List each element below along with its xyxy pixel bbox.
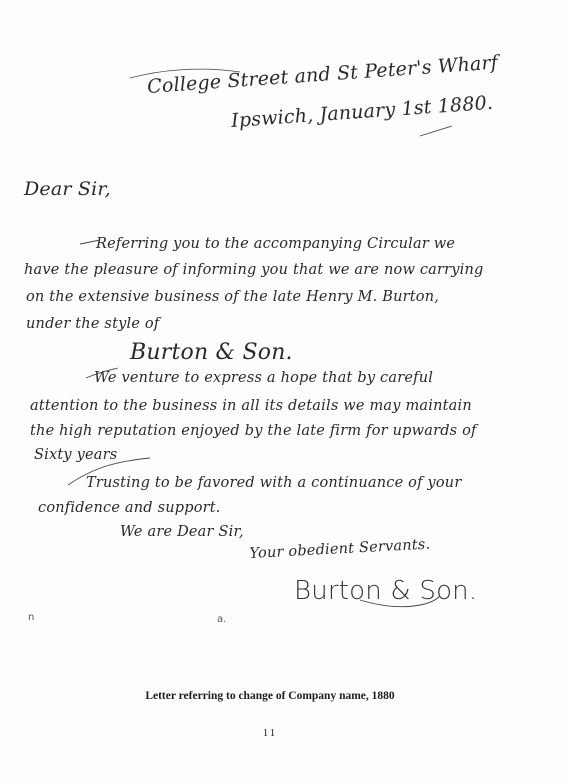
stray-mark: n (28, 612, 34, 623)
stray-mark: a. (217, 614, 226, 625)
document-page: College Street and St Peter's Wharf Ipsw… (0, 0, 570, 783)
page-number: 11 (0, 727, 570, 739)
flourish-decoration (0, 0, 570, 783)
figure-caption: Letter referring to change of Company na… (0, 690, 570, 702)
